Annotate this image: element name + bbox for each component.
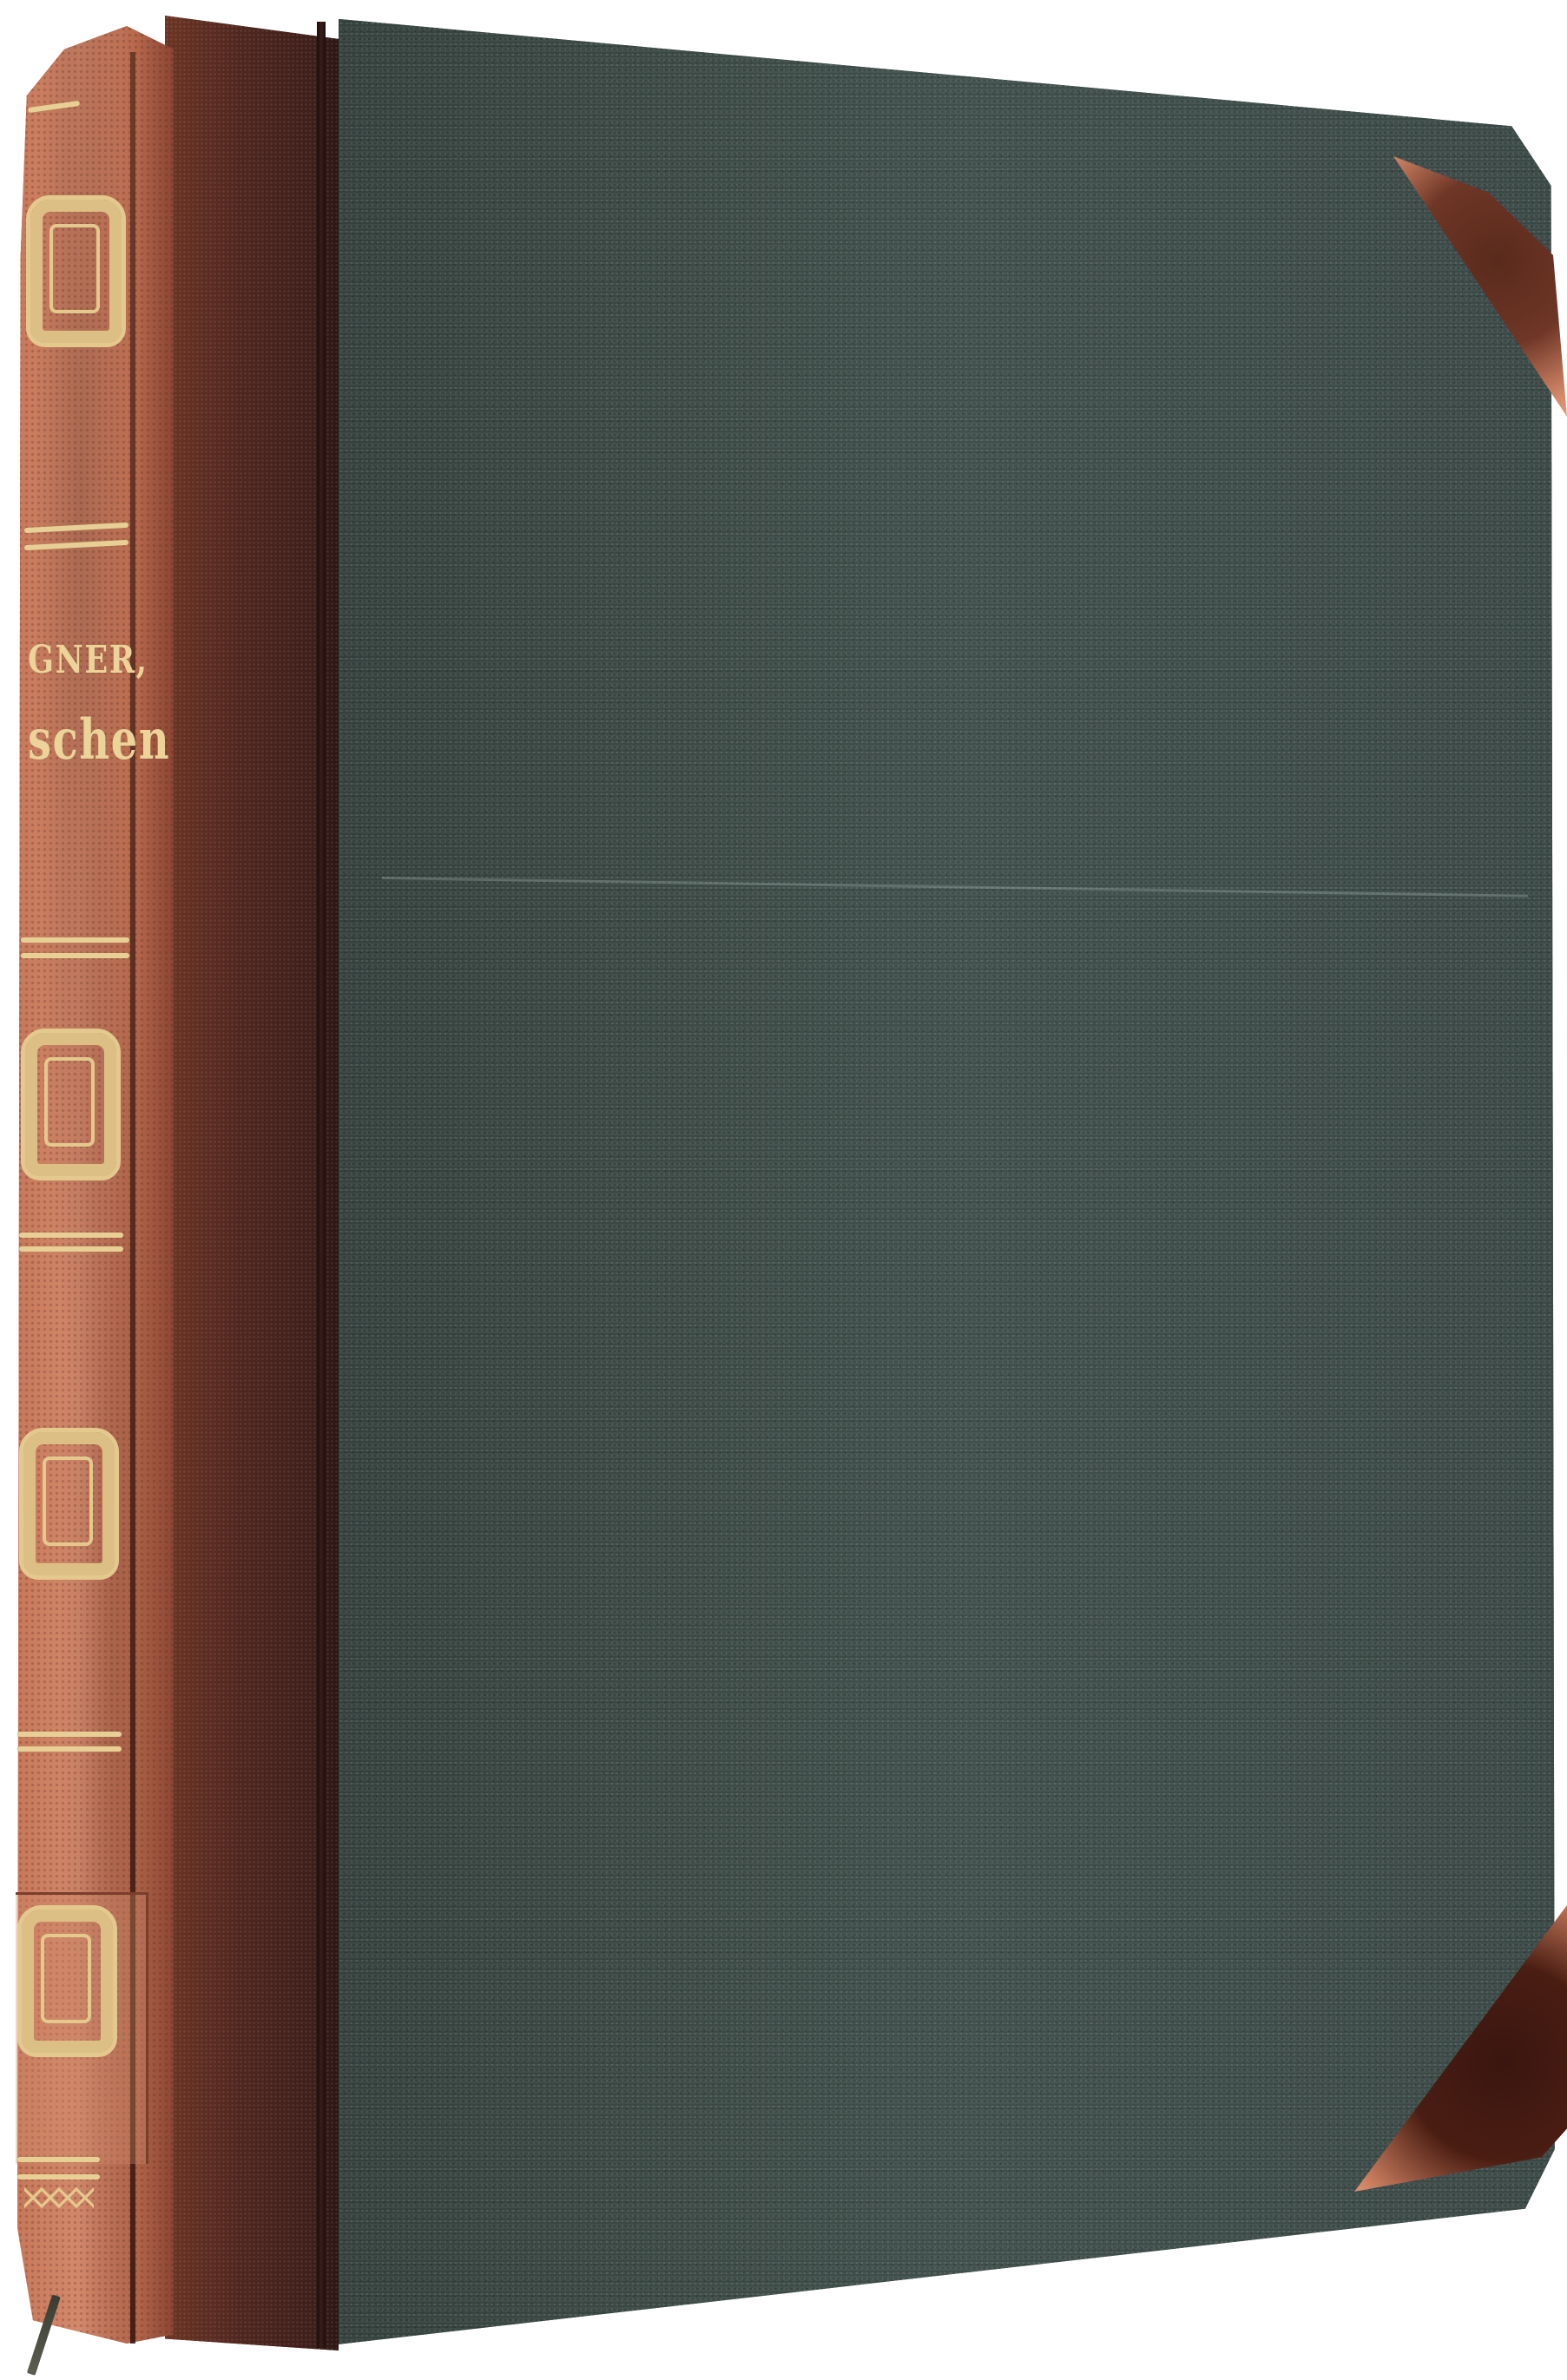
gilt-band-9 <box>17 2157 100 2162</box>
gilt-frame-ornament-3 <box>19 1428 119 1580</box>
front-cover-board <box>339 0 1567 2380</box>
gilt-band-3 <box>21 937 129 943</box>
gilt-band-8 <box>17 1746 122 1752</box>
gilt-frame-ornament-2 <box>21 1029 121 1180</box>
book: GNER, schen <box>0 0 1567 2380</box>
spine-title-text: schen <box>28 707 170 773</box>
gilt-band-10 <box>17 2174 100 2179</box>
gilt-band-4 <box>21 953 129 958</box>
gilt-frame-ornament-1 <box>26 195 126 347</box>
gilt-band-5 <box>19 1233 123 1238</box>
gilt-zigzag-ornament <box>24 2187 94 2222</box>
hinge-groove <box>317 22 326 2348</box>
spine-author-text: GNER, <box>28 638 148 682</box>
gilt-band-7 <box>17 1732 122 1737</box>
gilt-frame-ornament-4 <box>17 1905 117 2057</box>
spine-hinge-leather <box>165 16 339 2350</box>
gilt-band-6 <box>19 1246 123 1252</box>
